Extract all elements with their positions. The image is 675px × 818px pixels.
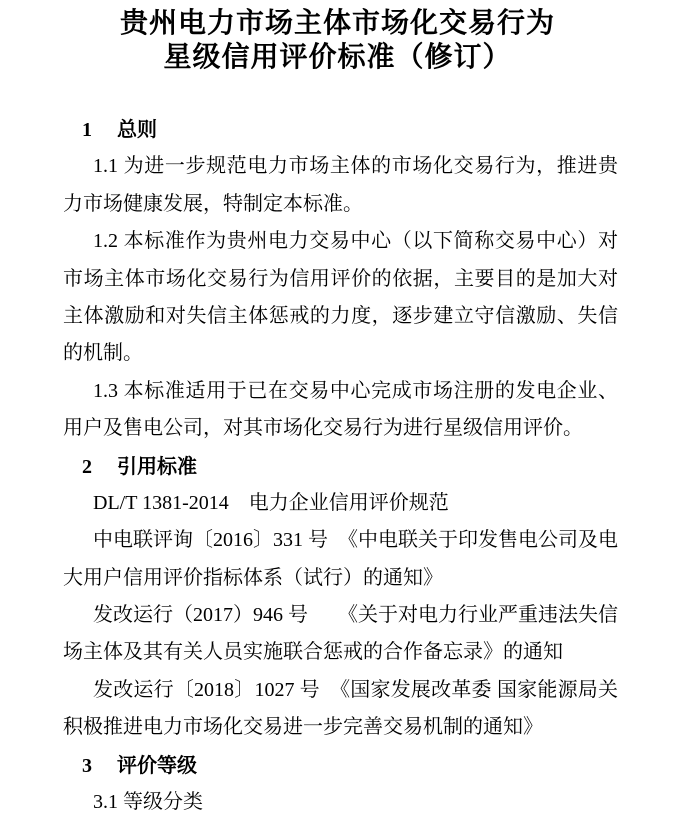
reference-2-line-2: 大用户信用评价指标体系（试行）的通知》 — [63, 560, 618, 597]
clause-1-1-line-1: 1.1 为进一步规范电力市场主体的市场化交易行为，推进贵州电 — [63, 148, 618, 185]
section-1-number: 1 — [82, 112, 117, 148]
reference-2-line-1: 中电联评询〔2016〕331 号 《中电联关于印发售电公司及电力 — [63, 522, 618, 559]
reference-4-line-1: 发改运行〔2018〕1027 号 《国家发展改革委 国家能源局关于 — [63, 672, 618, 709]
section-3-title: 评价等级 — [117, 753, 197, 777]
document-page: 贵州电力市场主体市场化交易行为 星级信用评价标准（修订） 1总则 1.1 为进一… — [0, 0, 675, 818]
title-line-1: 贵州电力市场主体市场化交易行为 — [0, 6, 675, 40]
section-2-title: 引用标准 — [117, 454, 197, 478]
section-2-heading: 2引用标准 — [63, 448, 618, 485]
reference-4-line-2: 积极推进电力市场化交易进一步完善交易机制的通知》 — [63, 709, 618, 746]
section-3-number: 3 — [82, 748, 117, 784]
clause-1-2-line-4: 的机制。 — [63, 335, 618, 372]
section-2-number: 2 — [82, 449, 117, 485]
reference-3-line-2: 场主体及其有关人员实施联合惩戒的合作备忘录》的通知 — [63, 634, 618, 671]
section-1-title: 总则 — [117, 117, 157, 141]
clause-1-3-line-1: 1.3 本标准适用于已在交易中心完成市场注册的发电企业、电力 — [63, 373, 618, 410]
clause-1-3-line-2: 用户及售电公司，对其市场化交易行为进行星级信用评价。 — [63, 410, 618, 447]
section-1-heading: 1总则 — [63, 111, 618, 148]
clause-1-2-line-1: 1.2 本标准作为贵州电力交易中心（以下简称交易中心）对电力 — [63, 223, 618, 260]
reference-1-line-1: DL/T 1381-2014 电力企业信用评价规范 — [63, 485, 618, 522]
clause-1-1-line-2: 力市场健康发展，特制定本标准。 — [63, 186, 618, 223]
clause-1-2-line-2: 市场主体市场化交易行为信用评价的依据，主要目的是加大对守信 — [63, 261, 618, 298]
clause-1-2-line-3: 主体激励和对失信主体惩戒的力度，逐步建立守信激励、失信惩戒 — [63, 298, 618, 335]
clause-3-1-line-1: 3.1 等级分类 — [63, 784, 618, 818]
document-title: 贵州电力市场主体市场化交易行为 星级信用评价标准（修订） — [0, 0, 675, 74]
reference-3-line-1: 发改运行（2017）946 号 《关于对电力行业严重违法失信市 — [63, 597, 618, 634]
section-3-heading: 3评价等级 — [63, 747, 618, 784]
title-line-2: 星级信用评价标准（修订） — [0, 40, 675, 74]
document-body: 1总则 1.1 为进一步规范电力市场主体的市场化交易行为，推进贵州电 力市场健康… — [63, 111, 618, 818]
